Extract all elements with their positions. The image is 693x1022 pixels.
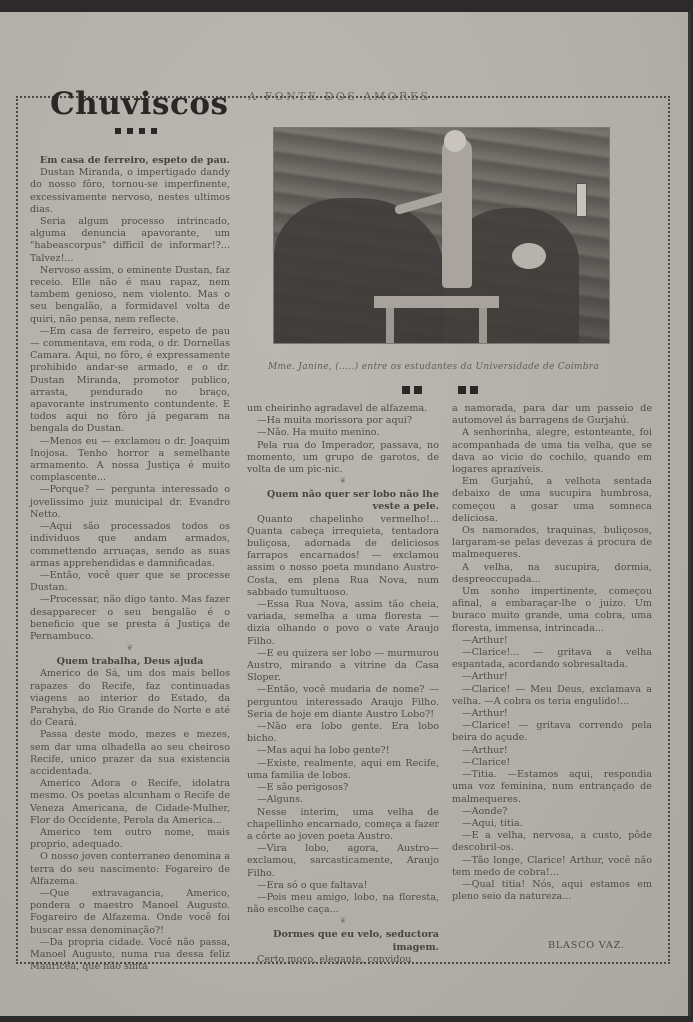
paragraph: —Ha muita morissora por aqui? [247,415,439,427]
paragraph: —Que extravagancia, Americo, pondera o m… [30,888,230,937]
paragraph: —Mas aqui ha lobo gente?! [247,745,439,757]
paragraph: —E eu quizera ser lobo — murmurou Austro… [247,648,439,685]
photo-heading: A FONTE DOS AMORES [248,90,431,103]
column-1: Em casa de ferreiro, espeto de pau. Dust… [30,152,230,973]
paragraph: —Titia. —Estamos aqui, respondia uma voz… [452,769,652,806]
paragraph: —Tão longe, Clarice! Arthur, você não te… [452,855,652,879]
section-title: Chuviscos [50,86,229,122]
paragraph: Em Gurjahú, a velhota sentada debaixo de… [452,476,652,525]
paragraph: —Clarice! — Meu Deus, exclamava a velha.… [452,684,652,708]
paragraph: Americo Adora o Recife, idolatra mesmo. … [30,778,230,827]
paragraph: —Não era lobo gente. Era lobo bicho. [247,721,439,745]
paragraph: —Arthur! [452,671,652,683]
paragraph: a namorada, para dar um passeio de autom… [452,403,652,427]
paragraph: Nesse interim, uma velha de chapellinho … [247,807,439,844]
subheading-em-casa-de-ferreiro: Em casa de ferreiro, espeto de pau. [30,155,230,167]
paragraph: —Da propria cidade. Você não passa, Mano… [30,937,230,974]
column-3-paragraphs: a namorada, para dar um passeio de autom… [452,403,652,903]
photo-a-fonte-dos-amores [273,127,610,344]
paragraph: —E são perigosos? [247,782,439,794]
paragraph: —Arthur! [452,635,652,647]
paragraph: —Pois meu amigo, lobo, na floresta, não … [247,892,439,916]
ornament-icon: ❦ [247,476,439,486]
divider-ornament-squares [402,386,478,394]
paragraph: —Era só o que faltava! [247,880,439,892]
paragraph: —Em casa de ferreiro, espeto de pau — co… [30,326,230,436]
paragraph: Certo moço, elegante, convidou [247,954,439,966]
column-3: a namorada, para dar um passeio de autom… [452,403,652,903]
paragraph: —Clarice! [452,757,652,769]
paragraph: —Arthur! [452,745,652,757]
paragraph: Americo de Sá, um dos mais bellos rapaze… [30,668,230,729]
paragraph: Passa deste modo, mezes e mezes, sem dar… [30,729,230,778]
subheading-quem-nao-quer-ser-lobo: Quem não quer ser lobo não lhe veste a p… [247,489,439,513]
subheading-quem-trabalha: Quem trabalha, Deus ajuda [30,656,230,668]
column-2-paragraphs-c: Certo moço, elegante, convidou [247,954,439,966]
paragraph: A senhorinha, alegre, estonteante, foi a… [452,427,652,476]
column-2-paragraphs-a: um cheirinho agradavel de alfazema.—Ha m… [247,403,439,476]
paragraph: Um sonho impertinente, começou afinal, a… [452,586,652,635]
photo-caption: Mme. Janine, (.....) entre os estudantes… [268,362,599,372]
paragraph: —Aonde? [452,806,652,818]
paragraph: —Arthur! [452,708,652,720]
paragraph: Americo tem outro nome, mais proprio, ad… [30,827,230,851]
column-2: um cheirinho agradavel de alfazema.—Ha m… [247,403,439,966]
paragraph: —Então, você quer que se processe Dustan… [30,570,230,594]
ornament-icon: ❦ [30,643,230,653]
paragraph: —E a velha, nervosa, a custo, pôde desco… [452,830,652,854]
title-ornament-squares [115,128,157,134]
paragraph: —Menos eu — exclamou o dr. Joaquim Inojo… [30,436,230,485]
paragraph: —Porque? — pergunta interessado o joveli… [30,484,230,521]
paragraph: O nosso joven conterraneo denomina a ter… [30,851,230,888]
paragraph: Quanto chapelinho vermelho!... Quanta ca… [247,514,439,599]
paragraph: Seria algum processo intrincado, alguma … [30,216,230,265]
paragraph: —Não. Ha muito menino. [247,427,439,439]
column-1-paragraphs-a: Dustan Miranda, o impertigado dandy do n… [30,167,230,643]
paragraph: —Essa Rua Nova, assim tão cheia, variada… [247,599,439,648]
paragraph: —Qual titia! Nós, aqui estamos em pleno … [452,879,652,903]
paragraph: —Clarice!... — gritava a velha espantada… [452,647,652,671]
paragraph: A velha, na sucupira, dormia, despreoccu… [452,562,652,586]
paragraph: —Aqui são processados todos os individuo… [30,521,230,570]
paragraph: —Então, você mudaria de nome? — pergunto… [247,684,439,721]
paragraph: um cheirinho agradavel de alfazema. [247,403,439,415]
column-2-paragraphs-b: Quanto chapelinho vermelho!... Quanta ca… [247,514,439,917]
paragraph: Nervoso assim, o eminente Dustan, faz re… [30,265,230,326]
paragraph: Pela rua do Imperador, passava, no momen… [247,440,439,477]
paragraph: —Vira lobo, agora, Austro—exclamou, sarc… [247,843,439,880]
paragraph: —Processar, não digo tanto. Mas fazer de… [30,594,230,643]
author-signature: BLASCO VAZ. [548,940,625,951]
paragraph: Os namorados, traquinas, buliçosos, larg… [452,525,652,562]
paragraph: Dustan Miranda, o impertigado dandy do n… [30,167,230,216]
paragraph: —Clarice! — gritava correndo pela beira … [452,720,652,744]
paragraph: —Alguns. [247,794,439,806]
ornament-icon: ❦ [247,916,439,926]
column-1-paragraphs-b: Americo de Sá, um dos mais bellos rapaze… [30,668,230,973]
subheading-dormes-que-eu-velo: Dormes que eu velo, seductora imagem. [247,929,439,953]
paragraph: —Aqui, titia. [452,818,652,830]
paragraph: —Existe, realmente, aqui em Recife, uma … [247,758,439,782]
